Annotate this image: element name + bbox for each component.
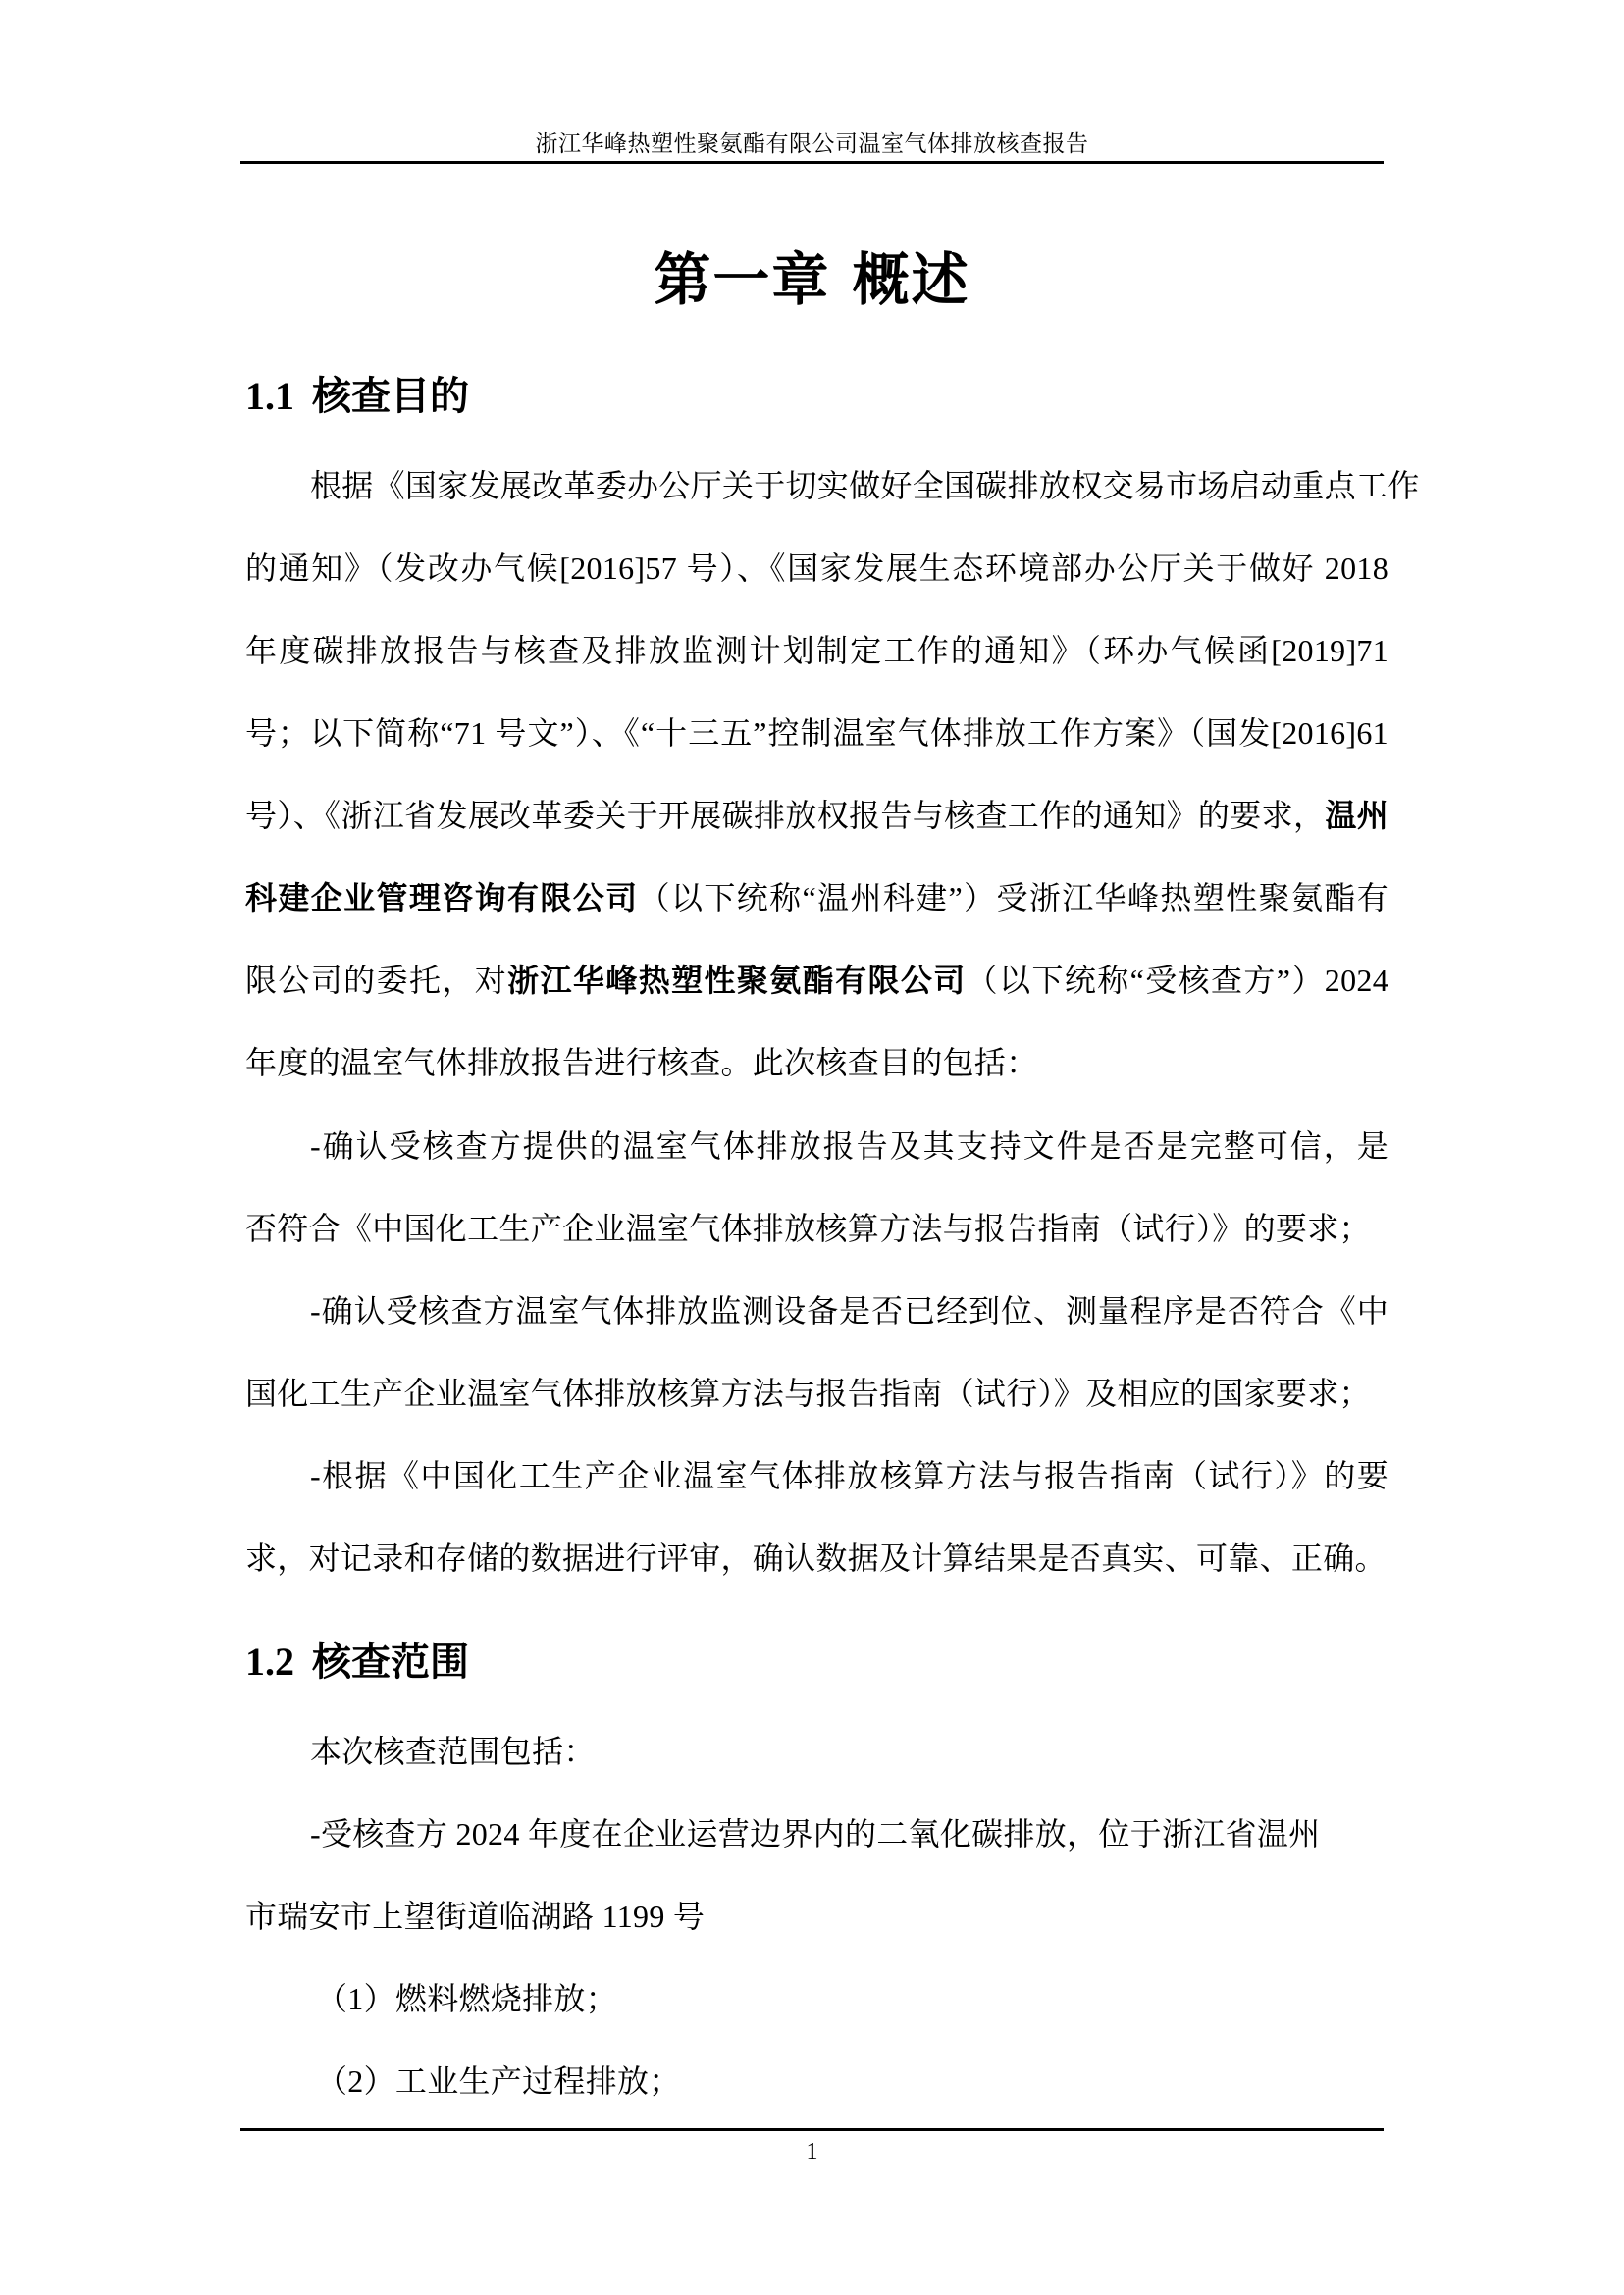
bold-org-name: 浙江华峰热塑性聚氨酯有限公司 [507,962,967,999]
section-number: 1.1 [245,374,294,418]
bullet-line: 求，对记录和存储的数据进行评审，确认数据及计算结果是否真实、可靠、正确。 [245,1534,1388,1579]
bullet-line: -根据《中国化工生产企业温室气体排放核算方法与报告指南（试行）》的要 [310,1451,1388,1496]
paragraph-line: 年度的温室气体排放报告进行核查。此次核查目的包括： [245,1038,1388,1083]
section-title: 核查范围 [312,1640,469,1685]
list-item: （2）工业生产过程排放； [316,2057,1459,2102]
paragraph-line: 的通知》（发改办气候[2016]57 号）、《国家发展生态环境部办公厅关于做好 … [245,544,1388,589]
section-number: 1.2 [245,1640,294,1684]
text-run: 号）、《浙江省发展改革委关于开展碳排放权报告与核查工作的通知》的要求， [245,798,1325,833]
section-heading-1-1: 1.1核查目的 [245,365,469,421]
bullet-line: 国化工生产企业温室气体排放核算方法与报告指南（试行）》及相应的国家要求； [245,1369,1388,1414]
text-run: 限公司的委托，对 [245,963,507,998]
running-header: 浙江华峰热塑性聚氨酯有限公司温室气体排放核查报告 [240,126,1384,158]
section-title: 核查目的 [312,374,469,419]
paragraph-line: 科建企业管理咨询有限公司（以下统称“温州科建”）受浙江华峰热塑性聚氨酯有 [245,873,1388,918]
footer-divider [240,2128,1384,2131]
bullet-line: -确认受核查方提供的温室气体排放报告及其支持文件是否是完整可信，是 [310,1121,1388,1167]
document-page: 浙江华峰热塑性聚氨酯有限公司温室气体排放核查报告 第一章 概述 1.1核查目的 … [0,0,1624,2295]
paragraph-line: 本次核查范围包括： [310,1727,1388,1772]
page-number: 1 [240,2139,1384,2165]
text-run: （以下统称“受核查方”）2024 [967,963,1388,998]
paragraph-line: 限公司的委托，对浙江华峰热塑性聚氨酯有限公司（以下统称“受核查方”）2024 [245,956,1388,1001]
bullet-line: -确认受核查方温室气体排放监测设备是否已经到位、测量程序是否符合《中 [310,1286,1388,1331]
paragraph-line: 号）、《浙江省发展改革委关于开展碳排放权报告与核查工作的通知》的要求，温州 [245,791,1388,836]
bullet-line: 否符合《中国化工生产企业温室气体排放核算方法与报告指南（试行）》的要求； [245,1204,1388,1249]
bold-org-name: 科建企业管理咨询有限公司 [245,879,639,916]
section-heading-1-2: 1.2核查范围 [245,1631,469,1687]
scope-line: -受核查方 2024 年度在企业运营边界内的二氧化碳排放，位于浙江省温州 [310,1809,1388,1854]
text-run: （以下统称“温州科建”）受浙江华峰热塑性聚氨酯有 [639,880,1388,915]
scope-line: 市瑞安市上望街道临湖路 1199 号 [245,1892,1388,1937]
paragraph-line: 号；以下简称“71 号文”）、《“十三五”控制温室气体排放工作方案》（国发[20… [245,708,1388,754]
list-item: （1）燃料燃烧排放； [316,1974,1459,2019]
bold-org-name: 温州 [1325,797,1388,834]
header-divider [240,161,1384,164]
paragraph-line: 根据《国家发展改革委办公厅关于切实做好全国碳排放权交易市场启动重点工作 [310,461,1388,506]
paragraph-line: 年度碳排放报告与核查及排放监测计划制定工作的通知》（环办气候函[2019]71 [245,626,1388,671]
chapter-title: 第一章 概述 [240,234,1384,316]
